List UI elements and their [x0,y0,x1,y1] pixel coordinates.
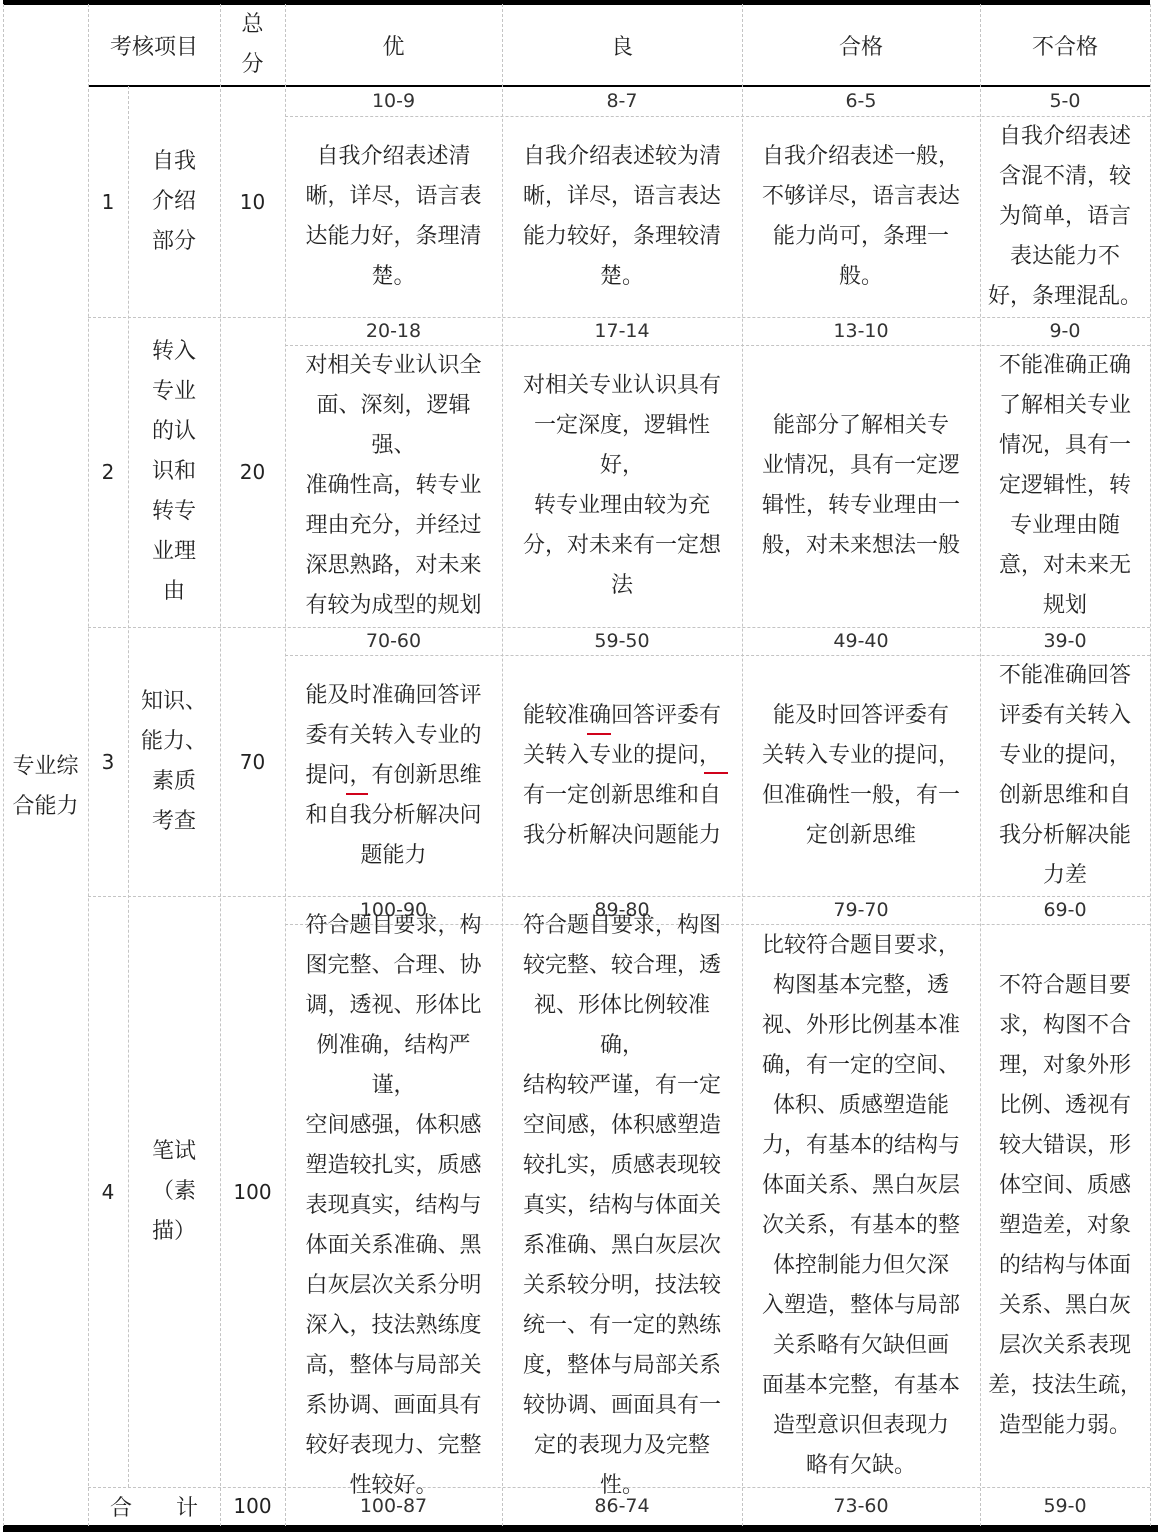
criteria-description: 不符合题目要 求，构图不合 理，对象外形 比例、透视有 较大错误，形 体空间、质… [980,924,1150,1487]
row-item-name: 转入 专业 的认 识和 转专 业理 由 [128,317,220,627]
criteria-description: 符合题目要求，构 图完整、合理、协 调，透视、形体比 例准确，结构严谨， 空间感… [285,924,502,1487]
criteria-description: 能部分了解相关专 业情况，具有一定逻 辑性，转专业理由一 般，对未来想法一般 [742,345,980,627]
criteria-description: 能及时准确回答评 委有关转入专业的 提问，有创新思维 和自我分析解决问 题能力 [285,655,502,896]
score-range: 10-9 [285,86,502,116]
criteria-description: 能较准确回答评委有 关转入专业的提问， 有一定创新思维和自 我分析解决问题能力 [502,655,742,896]
score-range: 9-0 [980,317,1150,345]
criteria-description: 自我介绍表述 含混不清，较 为简单，语言 表达能力不 好，条理混乱。 [980,116,1150,317]
criteria-description: 对相关专业认识具有 一定深度，逻辑性好， 转专业理由较为充 分，对未来有一定想 … [502,345,742,627]
row-total: 20 [220,317,285,627]
criteria-description: 自我介绍表述较为清 晰，详尽，语言表达 能力较好，条理较清 楚。 [502,116,742,317]
header-grade-fail: 不合格 [980,4,1150,86]
score-range: 79-70 [742,896,980,924]
criteria-description: 不能准确回答 评委有关转入 专业的提问， 创新思维和自 我分析解决能 力差 [980,655,1150,896]
spellcheck-underline [704,772,728,774]
score-range: 6-5 [742,86,980,116]
score-range: 5-0 [980,86,1150,116]
criteria-description: 能及时回答评委有 关转入专业的提问， 但准确性一般，有一 定创新思维 [742,655,980,896]
row-index: 2 [88,317,128,627]
criteria-description: 自我介绍表述清 晰，详尽，语言表 达能力好，条理清 楚。 [285,116,502,317]
header-total: 总 分 [220,4,285,86]
row-index: 1 [88,86,128,317]
criteria-description: 不能准确正确 了解相关专业 情况，具有一 定逻辑性，转 专业理由随 意，对未来无… [980,345,1150,627]
header-grade-pass: 合格 [742,4,980,86]
total-label: 合 计 [88,1487,220,1525]
table-bottom-border [3,1525,1158,1532]
score-range: 17-14 [502,317,742,345]
total-score-range: 100-87 [285,1487,502,1525]
criteria-description: 对相关专业认识全 面、深刻，逻辑强、 准确性高，转专业 理由充分，并经过 深思熟… [285,345,502,627]
col-line [1150,4,1151,1526]
row-item-name: 自我 介绍 部分 [128,86,220,317]
criteria-description: 符合题目要求，构图 较完整、较合理，透 视、形体比例较准确， 结构较严谨，有一定… [502,924,742,1487]
criteria-description: 比较符合题目要求， 构图基本完整，透 视、外形比例基本准 确，有一定的空间、 体… [742,924,980,1487]
row-total: 70 [220,627,285,896]
score-range: 8-7 [502,86,742,116]
score-range: 70-60 [285,627,502,655]
row-item-name: 笔试 （素 描） [128,896,220,1487]
row-total: 100 [220,896,285,1487]
total-score-range: 86-74 [502,1487,742,1525]
row-index: 4 [88,896,128,1487]
total-score-range: 59-0 [980,1487,1150,1525]
header-grade-good: 良 [502,4,742,86]
criteria-description: 自我介绍表述一般， 不够详尽，语言表达 能力尚可，条理一 般。 [742,116,980,317]
score-range: 39-0 [980,627,1150,655]
total-value: 100 [220,1487,285,1525]
score-range: 49-40 [742,627,980,655]
score-range: 13-10 [742,317,980,345]
score-range: 69-0 [980,896,1150,924]
header-grade-excellent: 优 [285,4,502,86]
row-index: 3 [88,627,128,896]
category-label: 专业综 合能力 [3,86,88,1487]
row-item-name: 知识、 能力、 素质 考查 [128,627,220,896]
score-range: 20-18 [285,317,502,345]
spellcheck-underline [346,793,368,795]
score-range: 59-50 [502,627,742,655]
spellcheck-underline [587,733,611,735]
row-total: 10 [220,86,285,317]
header-item: 考核项目 [88,4,220,86]
total-score-range: 73-60 [742,1487,980,1525]
